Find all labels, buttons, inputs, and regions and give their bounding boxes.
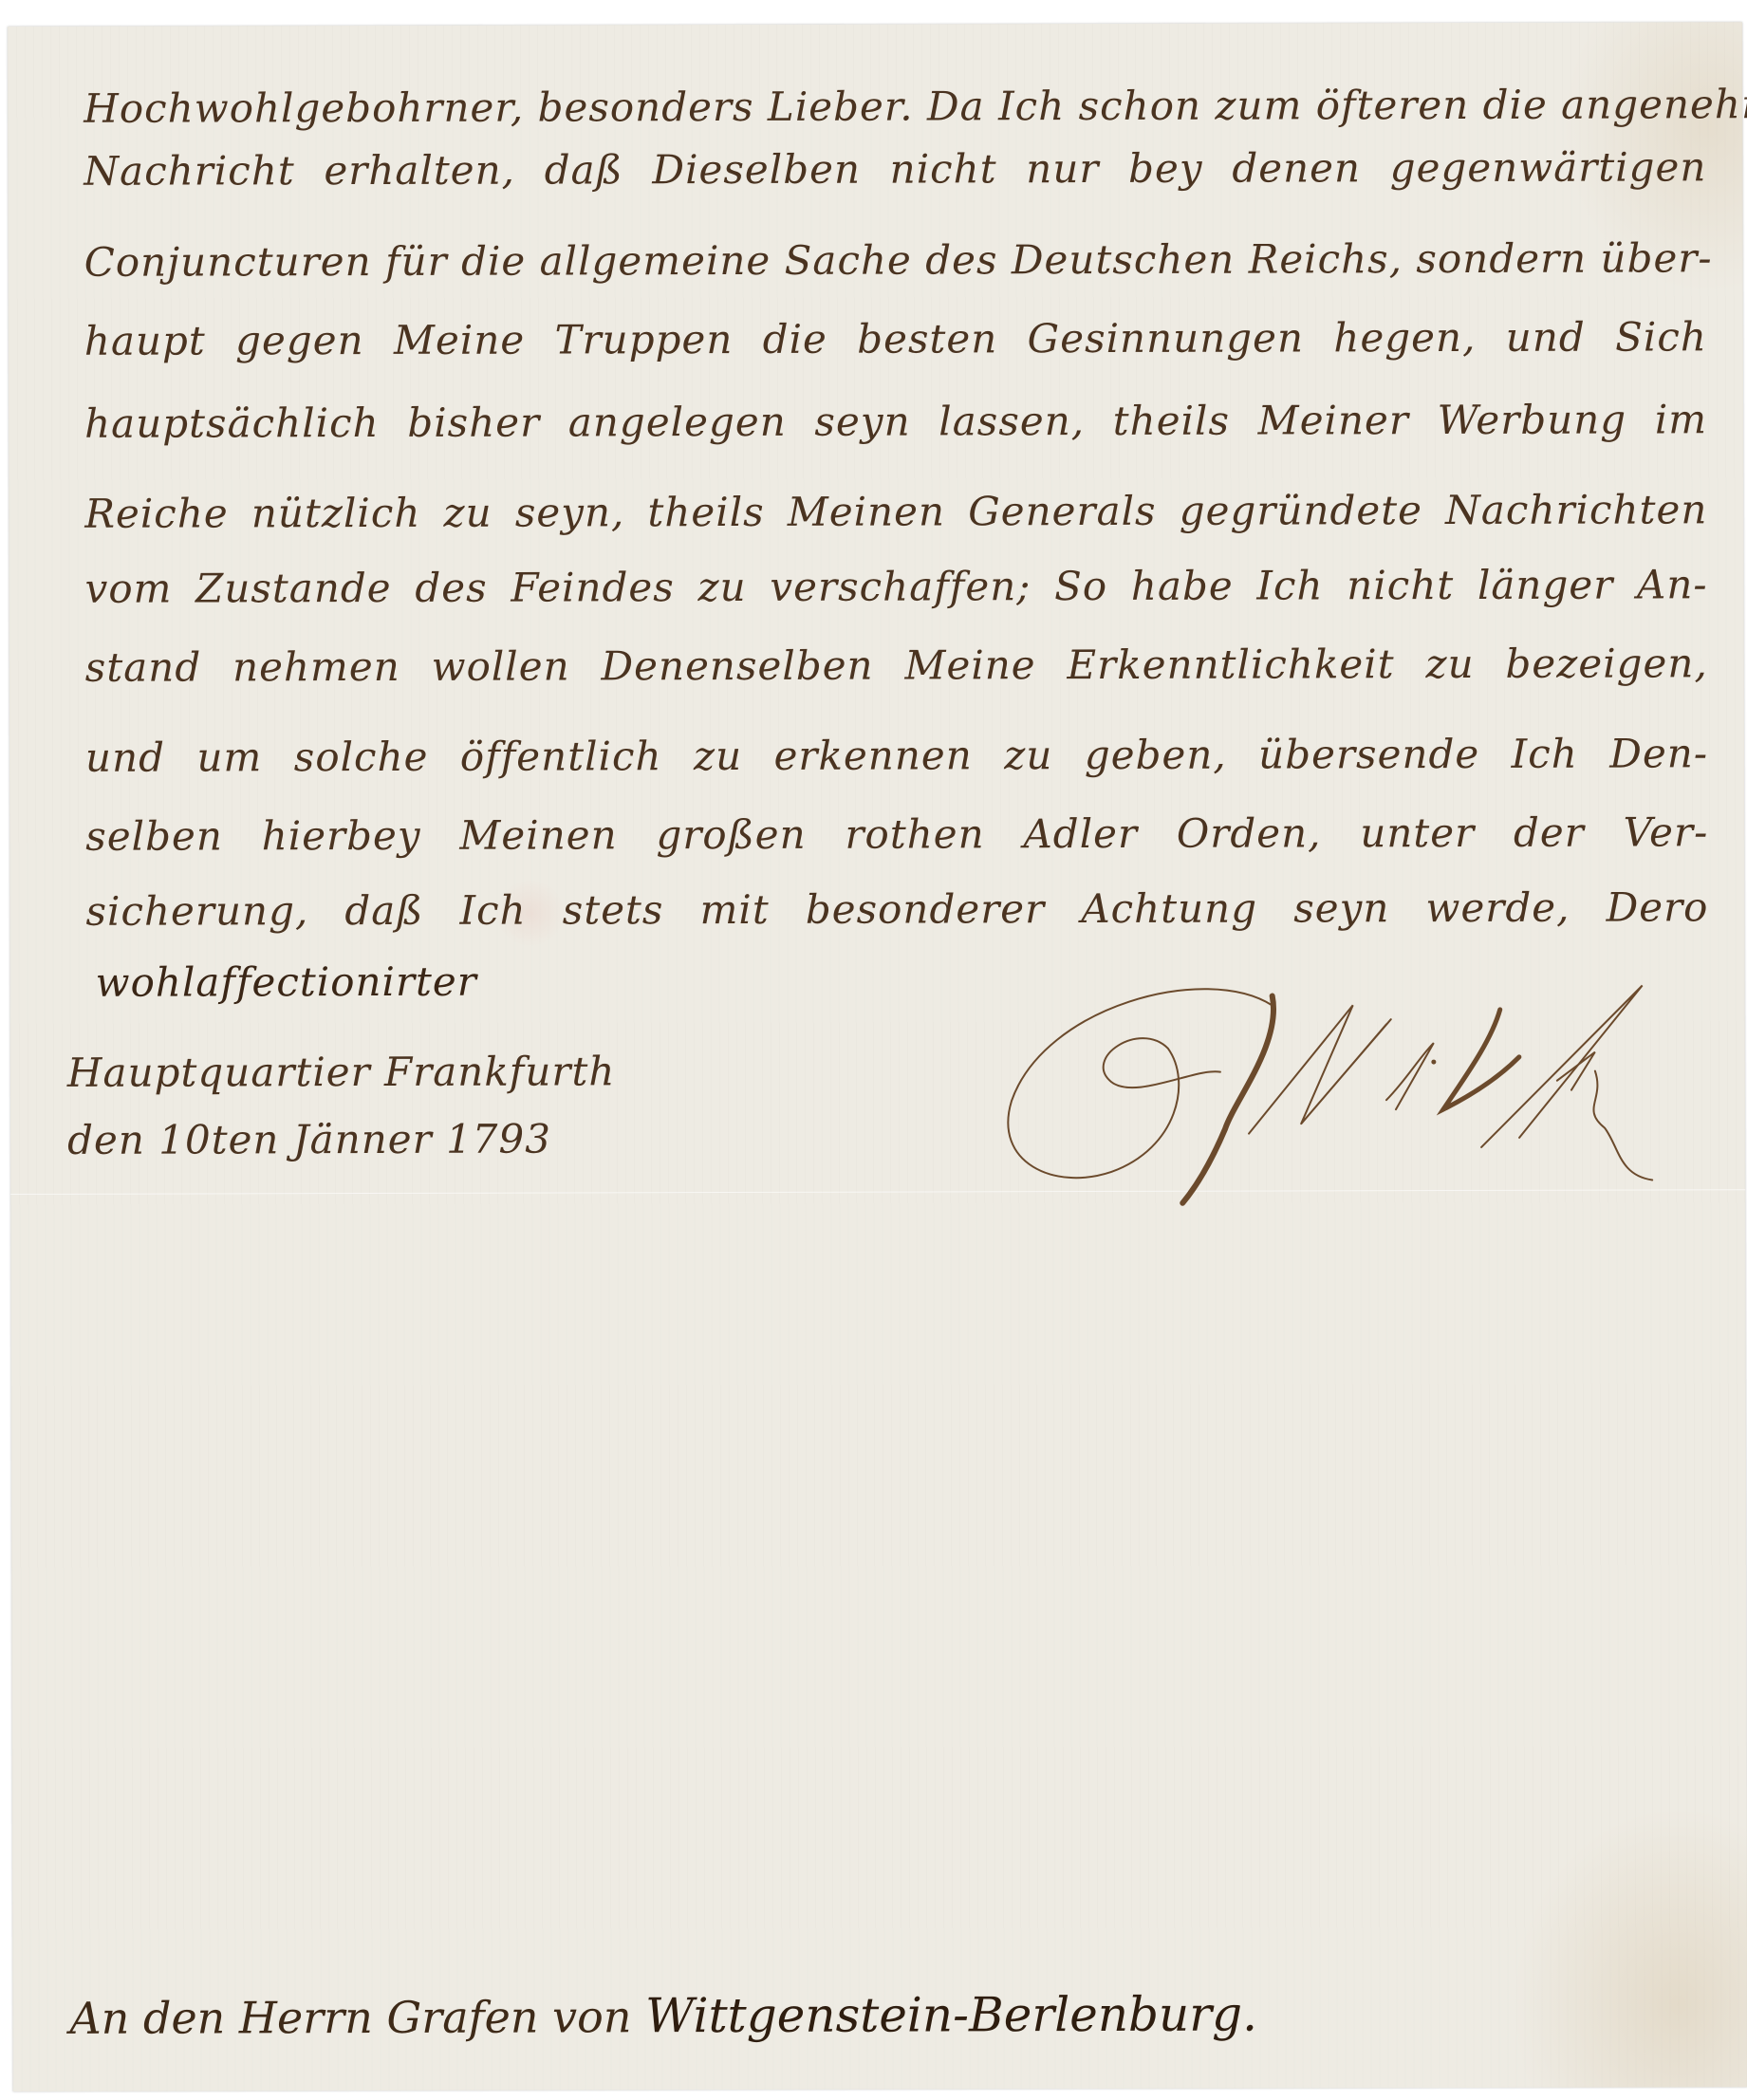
recipient-address: An den Herrn Grafen von Wittgenstein-Ber… [69,1987,1303,2044]
letter-line-8: stand nehmen wollen Denenselben Meine Er… [85,640,1708,691]
letter-line-6: Reiche nützlich zu seyn, theils Meinen G… [84,486,1707,537]
letter-paper: Hochwohlgebohrner, besonders Lieber. Da … [8,22,1747,2091]
letter-line-10: selben hierbey Meinen großen rothen Adle… [85,808,1708,860]
letter-place: Hauptquartier Frankfurth [67,1048,732,1097]
letter-line-9: und um solche öffentlich zu erkennen zu … [85,730,1708,781]
signature: F Wilhelm [988,966,1672,1215]
letter-closing: wohlaffectionirter [96,957,684,1007]
letter-line-5: hauptsächlich bisher angelegen seyn lass… [84,396,1707,447]
letter-line-11: sicherung, daß Ich stets mit besonderer … [85,883,1708,935]
letter-line-4: haupt gegen Meine Truppen die besten Ges… [84,313,1707,364]
letter-date: den 10ten Jänner 1793 [67,1115,732,1164]
letter-line-3: Conjuncturen für die allgemeine Sache de… [84,234,1707,286]
address-prefix: An den Herrn Grafen von [69,1991,631,2044]
letter-line-1: Hochwohlgebohrner, besonders Lieber. Da … [84,81,1706,132]
letter-line-2: Nachricht erhalten, daß Dieselben nicht … [84,143,1706,195]
signature-flourish-icon [988,966,1672,1215]
address-recipient-name: Wittgenstein-Berlenburg. [645,1987,1257,2044]
letter-line-7: vom Zustande des Feindes zu verschaffen;… [84,561,1707,612]
